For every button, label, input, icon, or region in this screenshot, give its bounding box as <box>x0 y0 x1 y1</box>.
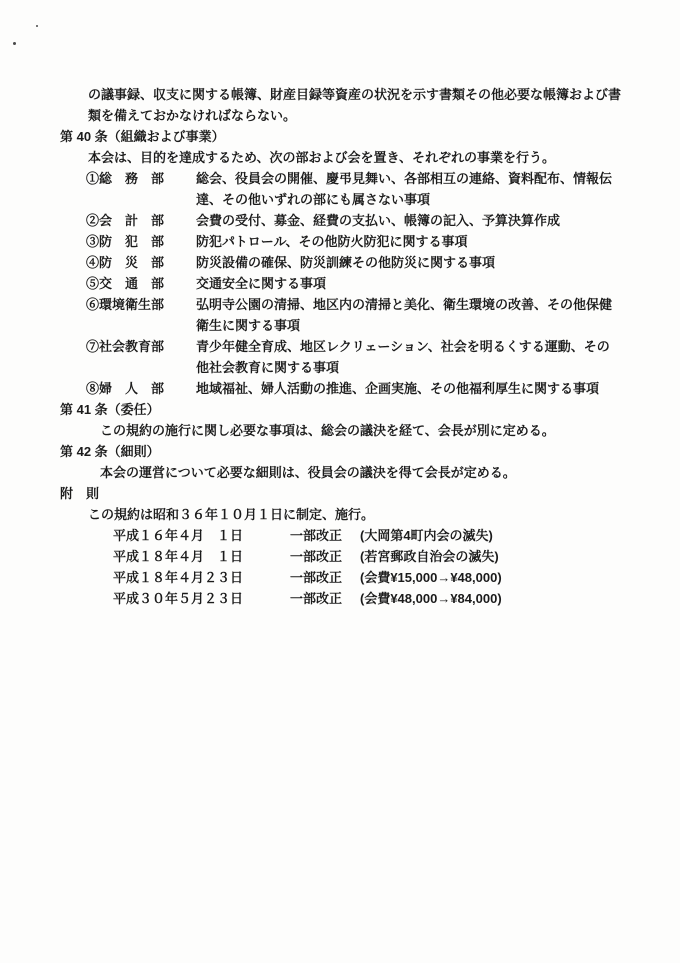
scan-speck <box>13 42 16 45</box>
amendment-type: 一部改正 <box>290 525 360 546</box>
department-name: ④防 災 部 <box>86 252 196 273</box>
appendix-established: この規約は昭和３６年１０月１日に制定、施行。 <box>88 504 632 525</box>
article-41-body: この規約の施行に関し必要な事項は、総会の議決を経て、会長が別に定める。 <box>100 420 632 441</box>
amendment-type: 一部改正 <box>290 546 360 567</box>
department-description: 交通安全に関する事項 <box>196 273 632 294</box>
amendment-type: 一部改正 <box>290 567 360 588</box>
amendment-row: 平成１８年４月２３日 一部改正 (会費¥15,000→¥48,000) <box>113 567 632 588</box>
amendment-row: 平成３０年５月２３日 一部改正 (会費¥48,000→¥84,000) <box>113 588 632 609</box>
article-40-intro: 本会は、目的を達成するため、次の部および会を置き、それぞれの事業を行う。 <box>88 147 632 168</box>
article-41-heading: 第 41 条（委任） <box>60 399 632 420</box>
amendment-note: (会費¥48,000→¥84,000) <box>360 588 502 609</box>
amendment-row: 平成１８年４月 １日 一部改正 (若宮郵政自治会の滅失) <box>113 546 632 567</box>
article-42-body: 本会の運営について必要な細則は、役員会の議決を得て会長が定める。 <box>100 462 632 483</box>
department-description: 防犯パトロール、その他防火防犯に関する事項 <box>196 231 632 252</box>
department-name: ①総 務 部 <box>86 168 196 210</box>
scanned-document-page: の議事録、収支に関する帳簿、財産目録等資産の状況を示す書類その他必要な帳簿および… <box>0 0 680 963</box>
department-row: ③防 犯 部 防犯パトロール、その他防火防犯に関する事項 <box>86 231 632 252</box>
department-description: 弘明寺公園の清掃、地区内の清掃と美化、衛生環境の改善、その他保健 衛生に関する事… <box>196 294 632 336</box>
department-name: ③防 犯 部 <box>86 231 196 252</box>
amendment-date: 平成３０年５月２３日 <box>113 588 290 609</box>
amendment-note: (会費¥15,000→¥48,000) <box>360 567 502 588</box>
article-40-heading: 第 40 条（組織および事業） <box>60 126 632 147</box>
department-name: ⑧婦 人 部 <box>86 378 196 399</box>
department-row: ⑦社会教育部 青少年健全育成、地区レクリェーション、社会を明るくする運動、その … <box>86 336 632 378</box>
document-content: の議事録、収支に関する帳簿、財産目録等資産の状況を示す書類その他必要な帳簿および… <box>60 84 632 609</box>
department-name: ⑥環境衛生部 <box>86 294 196 336</box>
department-description: 会費の受付、募金、経費の支払い、帳簿の記入、予算決算作成 <box>196 210 632 231</box>
department-row: ④防 災 部 防災設備の確保、防災訓練その他防災に関する事項 <box>86 252 632 273</box>
amendment-date: 平成１６年４月 １日 <box>113 525 290 546</box>
continuation-paragraph-line: 類を備えておかなければならない。 <box>88 105 632 126</box>
amendment-type: 一部改正 <box>290 588 360 609</box>
department-description: 青少年健全育成、地区レクリェーション、社会を明るくする運動、その 他社会教育に関… <box>196 336 632 378</box>
department-description: 地域福祉、婦人活動の推進、企画実施、その他福利厚生に関する事項 <box>196 378 632 399</box>
department-description: 防災設備の確保、防災訓練その他防災に関する事項 <box>196 252 632 273</box>
department-name: ⑦社会教育部 <box>86 336 196 378</box>
amendment-row: 平成１６年４月 １日 一部改正 (大岡第4町内会の滅失) <box>113 525 632 546</box>
amendment-date: 平成１８年４月２３日 <box>113 567 290 588</box>
department-name: ⑤交 通 部 <box>86 273 196 294</box>
department-row: ⑥環境衛生部 弘明寺公園の清掃、地区内の清掃と美化、衛生環境の改善、その他保健 … <box>86 294 632 336</box>
department-description: 総会、役員会の開催、慶弔見舞い、各部相互の連絡、資料配布、情報伝 達、その他いず… <box>196 168 632 210</box>
department-row: ⑤交 通 部 交通安全に関する事項 <box>86 273 632 294</box>
department-row: ⑧婦 人 部 地域福祉、婦人活動の推進、企画実施、その他福利厚生に関する事項 <box>86 378 632 399</box>
article-42-heading: 第 42 条（細則） <box>60 441 632 462</box>
department-row: ②会 計 部 会費の受付、募金、経費の支払い、帳簿の記入、予算決算作成 <box>86 210 632 231</box>
department-name: ②会 計 部 <box>86 210 196 231</box>
amendment-note: (若宮郵政自治会の滅失) <box>360 546 499 567</box>
scan-speck <box>36 25 38 27</box>
amendment-note: (大岡第4町内会の滅失) <box>360 525 493 546</box>
department-row: ①総 務 部 総会、役員会の開催、慶弔見舞い、各部相互の連絡、資料配布、情報伝 … <box>86 168 632 210</box>
continuation-paragraph-line: の議事録、収支に関する帳簿、財産目録等資産の状況を示す書類その他必要な帳簿および… <box>88 84 632 105</box>
appendix-heading: 附 則 <box>60 483 632 504</box>
amendment-date: 平成１８年４月 １日 <box>113 546 290 567</box>
